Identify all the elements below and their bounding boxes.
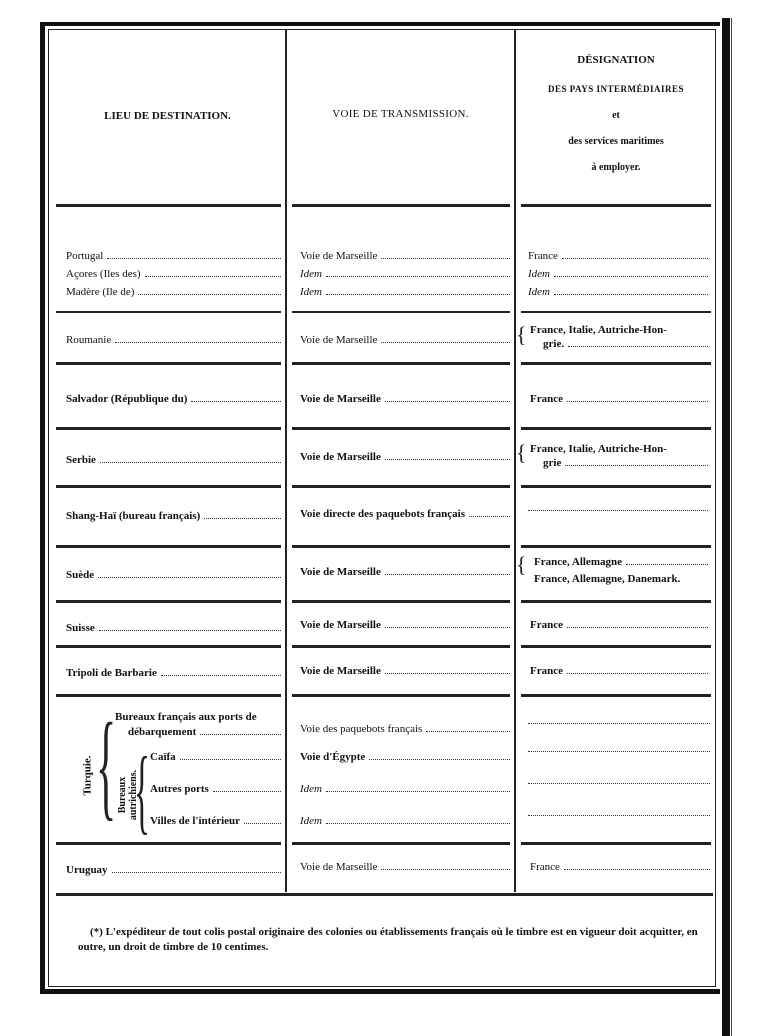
dest-uruguay: Uruguay: [66, 864, 281, 876]
dest-acores: Açores (Iles des): [66, 268, 281, 280]
dest-madere: Madère (Ile de): [66, 286, 281, 298]
row-rule: [292, 485, 510, 488]
row-rule: [292, 600, 510, 603]
dest-serbie: Serbie: [66, 454, 281, 466]
row-rule: [292, 362, 510, 365]
brace-icon: {: [516, 322, 527, 348]
pays-suisse: France: [530, 619, 708, 631]
pays-autres-ports: [524, 783, 710, 787]
row-rule: [292, 842, 510, 845]
voie-bureaux-francais: Voie des paquebots français: [300, 723, 510, 735]
dest-villes-interieur: Villes de l'intérieur: [150, 815, 281, 827]
dest-suede: Suède: [66, 569, 281, 581]
pays-caifa: [524, 751, 710, 755]
dest-tripoli: Tripoli de Barbarie: [66, 667, 281, 679]
voie-suisse: Voie de Marseille: [300, 619, 510, 631]
pays-shanghai: [524, 510, 708, 514]
row-rule: [521, 694, 711, 697]
row-rule: [292, 694, 510, 697]
pays-portugal: France: [528, 250, 708, 262]
pays-serbie-line1: France, Italie, Autriche-Hon-: [530, 443, 710, 455]
pays-roumanie-line2: grie.: [543, 338, 708, 350]
row-rule: [56, 600, 281, 603]
voie-shanghai: Voie directe des paquebots français: [300, 508, 510, 520]
pays-bureaux-francais: [524, 723, 710, 727]
header-designation: DÉSIGNATION: [516, 54, 716, 66]
pays-tripoli: France: [530, 665, 708, 677]
pays-serbie-line2: grie: [543, 457, 708, 469]
dest-bureaux-francais-line1: Bureaux français aux ports de: [115, 711, 290, 723]
brace-icon: {: [96, 700, 116, 830]
row-rule: [56, 694, 281, 697]
dest-suisse: Suisse: [66, 622, 281, 634]
voie-roumanie: Voie de Marseille: [300, 334, 510, 346]
dest-salvador: Salvador (République du): [66, 393, 281, 405]
voie-serbie: Voie de Marseille: [300, 451, 510, 463]
row-rule: [521, 645, 711, 648]
header-lieu-de-destination: LIEU DE DESTINATION.: [50, 110, 285, 122]
row-rule: [56, 842, 281, 845]
brace-icon: {: [134, 740, 150, 840]
dest-shanghai: Shang-Haï (bureau français): [66, 510, 281, 522]
voie-suede: Voie de Marseille: [300, 566, 510, 578]
voie-salvador: Voie de Marseille: [300, 393, 510, 405]
row-rule: [521, 485, 711, 488]
dest-portugal: Portugal: [66, 250, 281, 262]
footnote-rule: [56, 893, 713, 896]
header-rule-3: [521, 204, 711, 207]
row-rule: [292, 311, 510, 313]
row-rule: [521, 427, 711, 430]
pays-acores: Idem: [528, 268, 708, 280]
header-rule-1: [56, 204, 281, 207]
pays-villes-interieur: [524, 815, 710, 819]
voie-autres-ports: Idem: [300, 783, 510, 795]
row-rule: [521, 311, 711, 313]
dest-caifa: Caïfa: [150, 751, 281, 763]
row-rule: [521, 600, 711, 603]
row-rule: [56, 485, 281, 488]
dest-autres-ports: Autres ports: [150, 783, 281, 795]
voie-madere: Idem: [300, 286, 510, 298]
pays-salvador: France: [530, 393, 708, 405]
voie-villes-interieur: Idem: [300, 815, 510, 827]
pays-suede-line1: France, Allemagne: [534, 556, 708, 568]
pays-madere: Idem: [528, 286, 708, 298]
row-rule: [56, 311, 281, 313]
header-et: et: [516, 110, 716, 121]
page-edge-shadow: [722, 18, 730, 1036]
voie-acores: Idem: [300, 268, 510, 280]
header-pays-intermediaires: DES PAYS INTERMÉDIAIRES: [516, 84, 716, 94]
page-edge-line: [731, 18, 732, 1036]
row-rule: [56, 545, 281, 548]
dest-bureaux-francais-line2: débarquement: [128, 726, 281, 738]
row-rule: [521, 362, 711, 365]
brace-icon: {: [516, 440, 527, 466]
footnote: (*) L'expéditeur de tout colis postal or…: [78, 925, 703, 955]
pays-suede-line2: France, Allemagne, Danemark.: [534, 573, 714, 585]
row-rule: [292, 545, 510, 548]
brace-icon: {: [516, 552, 527, 578]
row-rule: [521, 545, 711, 548]
row-rule: [56, 645, 281, 648]
row-rule: [292, 645, 510, 648]
header-services-maritimes: des services maritimes: [516, 136, 716, 147]
column-divider-1: [285, 30, 287, 892]
voie-uruguay: Voie de Marseille: [300, 861, 510, 873]
pays-roumanie-line1: France, Italie, Autriche-Hon-: [530, 324, 710, 336]
row-rule: [56, 362, 281, 365]
voie-portugal: Voie de Marseille: [300, 250, 510, 262]
header-rule-2: [292, 204, 510, 207]
row-rule: [521, 842, 711, 845]
row-rule: [292, 427, 510, 430]
header-voie-de-transmission: VOIE DE TRANSMISSION.: [287, 108, 514, 120]
row-rule: [56, 427, 281, 430]
voie-tripoli: Voie de Marseille: [300, 665, 510, 677]
dest-roumanie: Roumanie: [66, 334, 281, 346]
pays-uruguay: France: [530, 861, 710, 873]
header-a-employer: à employer.: [516, 162, 716, 173]
voie-caifa: Voie d'Égypte: [300, 751, 510, 763]
group-label-turquie: Turquie.: [83, 746, 94, 806]
